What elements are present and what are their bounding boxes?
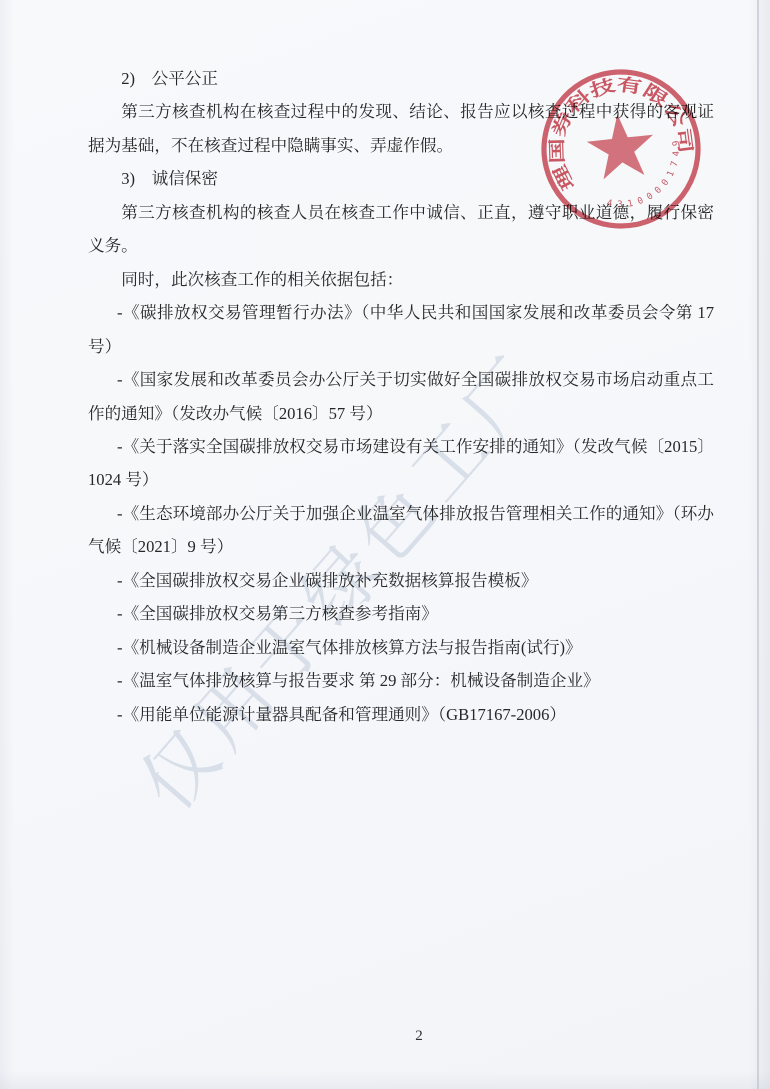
document-page: 仅用于绿色工厂 2) 公平公正第三方核查机构在核查过程中的发现、结论、报告应以核…	[0, 0, 770, 1089]
page-number: 2	[404, 1028, 434, 1045]
scan-edge-artifact	[757, 0, 759, 1089]
reference-item: -《全国碳排放权交易第三方核查参考指南》	[88, 597, 714, 630]
star-icon	[584, 111, 657, 181]
reference-item: -《国家发展和改革委员会办公厅关于切实做好全国碳排放权交易市场启动重点工作的通知…	[88, 363, 714, 430]
red-company-seal-stamp: 理国券科技有限公司 43100001749	[521, 49, 721, 249]
reference-item: -《关于落实全国碳排放权交易市场建设有关工作安排的通知》（发改气候〔2015〕1…	[88, 430, 714, 497]
paragraph: 同时，此次核查工作的相关依据包括：	[88, 263, 714, 296]
reference-item: -《用能单位能源计量器具配备和管理通则》（GB17167-2006）	[88, 698, 714, 731]
reference-item: -《温室气体排放核算与报告要求 第 29 部分：机械设备制造企业》	[88, 664, 714, 697]
reference-item: -《全国碳排放权交易企业碳排放补充数据核算报告模板》	[88, 564, 714, 597]
reference-item: -《机械设备制造企业温室气体排放核算方法与报告指南(试行)》	[88, 631, 714, 664]
reference-item: -《生态环境部办公厅关于加强企业温室气体排放报告管理相关工作的通知》（环办气候〔…	[88, 497, 714, 564]
reference-item: -《碳排放权交易管理暂行办法》（中华人民共和国国家发展和改革委员会令第 17 号…	[88, 296, 714, 363]
